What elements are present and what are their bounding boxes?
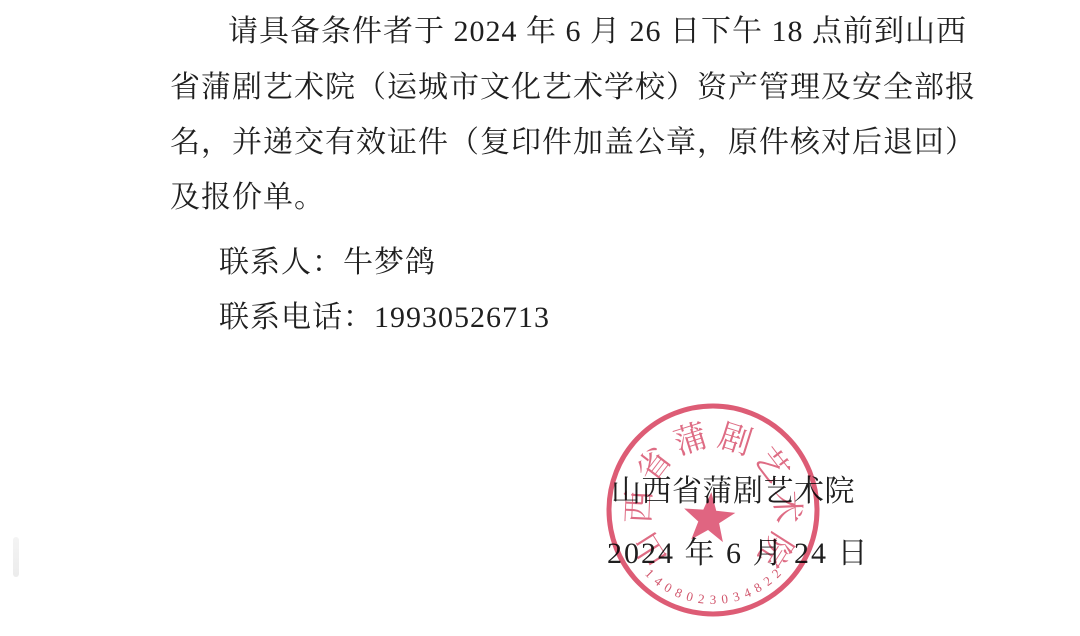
seal-name-char: 艺	[747, 442, 796, 490]
seal-name-char: 院	[751, 526, 800, 574]
official-seal: 山 西 省 蒲 剧 艺 术 院 1 4 0 8 0 2 3 0 3 4 8 2 …	[598, 395, 828, 625]
seal-serial-digit: 0	[685, 588, 695, 604]
seal-name-arc: 山 西 省 蒲 剧 艺 术 院	[621, 417, 805, 573]
seal-name-char: 蒲	[670, 417, 713, 462]
body-line: 省蒲剧艺术院（运城市文化艺术学校）资产管理及安全部报	[170, 73, 976, 103]
seal-serial-digit: 3	[710, 592, 717, 607]
seal-serial-digit: 8	[751, 579, 764, 595]
seal-serial-digit: 4	[741, 584, 753, 601]
seal-name-char: 术	[767, 490, 805, 525]
body-line: 及报价单。	[170, 183, 325, 213]
contact-phone-line: 联系电话：19930526713	[219, 303, 550, 333]
scan-smudge	[13, 537, 19, 577]
seal-serial-digit: 0	[662, 579, 675, 595]
seal-serial-digit: 2	[697, 591, 705, 607]
seal-serial-digit: 3	[731, 588, 741, 604]
body-line: 请具备条件者于 2024 年 6 月 26 日下午 18 点前到山西	[228, 17, 967, 47]
seal-name-char: 西	[621, 490, 658, 525]
body-line: 名，并递交有效证件（复印件加盖公章，原件核对后退回）	[170, 128, 976, 158]
seal-serial-digit: 8	[673, 585, 685, 601]
seal-name-char: 省	[630, 441, 679, 490]
seal-name-char: 剧	[714, 417, 757, 462]
scanned-notice-page: 请具备条件者于 2024 年 6 月 26 日下午 18 点前到山西 省蒲剧艺术…	[0, 0, 1080, 636]
star-icon	[682, 490, 737, 543]
seal-serial-digit: 0	[720, 591, 728, 607]
contact-person-line: 联系人：牛梦鸽	[219, 248, 436, 278]
